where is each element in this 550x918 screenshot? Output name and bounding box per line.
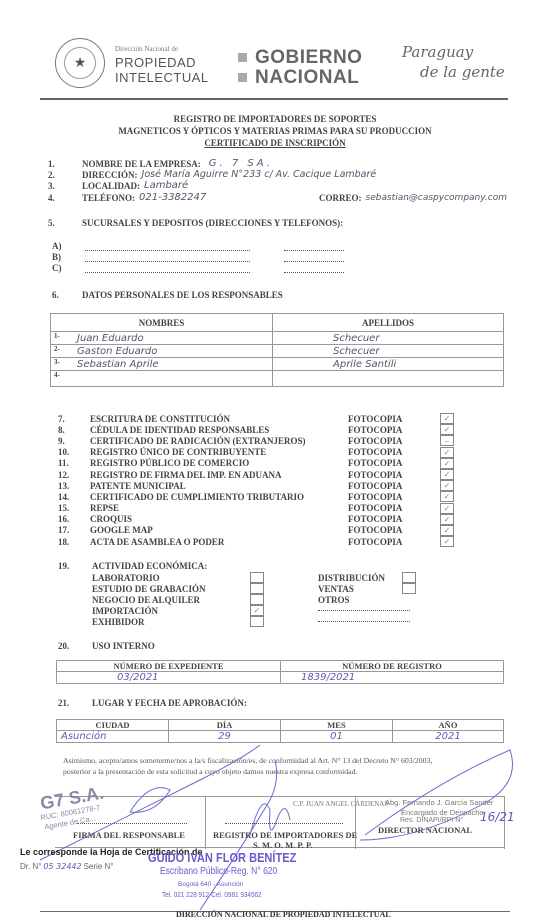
table-row: 1-Juan Eduardo Schecuer [51,332,504,345]
column-header-mes: MES [281,720,393,731]
field-num: 3. [48,181,82,191]
doc-checkbox[interactable]: – [440,435,454,446]
row-index: 1- [54,332,60,340]
apellido-value: Schecuer [333,333,379,344]
activity-checkbox[interactable] [402,572,416,583]
document-row: 13.PATENTE MUNICIPALFOTOCOPIA✓ [58,480,478,491]
doc-num: 13. [58,481,90,491]
doc-num: 9. [58,436,90,446]
row-index: 2- [54,345,60,353]
nombre-value: Juan Eduardo [77,333,144,344]
document-row: 18.ACTA DE ASAMBLEA O PODERFOTOCOPIA✓ [58,536,478,547]
doc-num: 8. [58,425,90,435]
republic-seal-logo: ★ [55,38,105,88]
section-20-header: 20. USO INTERNO [58,641,155,651]
doc-num: 17. [58,525,90,535]
apellido-value: Aprile Santili [333,359,396,370]
activity-checkbox[interactable] [250,583,264,594]
expediente-value: 03/2021 [117,672,159,683]
doc-type: FOTOCOPIA [348,414,440,424]
address-value: José María Aguirre N°233 c/ Av. Cacique … [142,169,377,180]
doc-type: FOTOCOPIA [348,470,440,480]
document-row: 12.REGISTRO DE FIRMA DEL IMP. EN ADUANAF… [58,469,478,480]
doc-label: REPSE [90,503,348,513]
email-value: sebastian@caspycompany.com [366,193,507,203]
doc-label: GOOGLE MAP [90,525,348,535]
apellido-value: Schecuer [333,346,379,357]
section-label: LUGAR Y FECHA DE APROBACIÓN: [92,698,247,708]
doc-num: 15. [58,503,90,513]
doc-label: REGISTRO DE FIRMA DEL IMP. EN ADUANA [90,470,348,480]
doc-num: 14. [58,492,90,502]
org-line1: PROPIEDAD [115,55,209,70]
serial-value: 05 32442 [43,862,81,871]
gov-line2: NACIONAL [255,67,359,88]
gov-line1: GOBIERNO [255,47,362,68]
column-header-anio: AÑO [393,720,504,731]
activity-label: VENTAS [318,584,402,594]
serial-prefix: Dr. N° [20,862,41,871]
activity-option: DISTRIBUCIÓN [318,572,438,583]
branch-phone-line [284,272,344,273]
direccion-small-label: Dirección Nacional de [115,45,178,53]
doc-label: CERTIFICADO DE RADICACIÓN (EXTRANJEROS) [90,436,348,446]
field-label: DIRECCIÓN: [82,170,138,180]
table-row: 3-Sebastian Aprile Aprile Santili [51,358,504,371]
document-row: 10.REGISTRO ÚNICO DE CONTRIBUYENTEFOTOCO… [58,447,478,458]
notary-name: GUIDO IVAN FLOR BENÍTEZ [148,850,296,865]
document-row: 7.ESCRITURA DE CONSTITUCIÓNFOTOCOPIA✓ [58,413,478,424]
company-name-value: G. 7 SA. [209,158,273,169]
column-header-dia: DÍA [169,720,281,731]
notary-address: Bogotá 640 - Asunción [178,881,243,888]
column-header-registro: NÚMERO DE REGISTRO [281,661,504,672]
doc-checkbox[interactable]: ✓ [440,413,454,424]
doc-type: FOTOCOPIA [348,514,440,524]
title-line1: REGISTRO DE IMPORTADORES DE SOPORTES [0,114,550,124]
branch-row: C) [52,262,382,273]
field-label: NOMBRE DE LA EMPRESA: [82,159,201,169]
table-row: 4- [51,371,504,387]
notary-title: Escribano Público-Reg. N° 620 [160,866,277,877]
activity-option: IMPORTACIÓN✓ [92,605,272,616]
doc-type: FOTOCOPIA [348,492,440,502]
document-row: 9.CERTIFICADO DE RADICACIÓN (EXTRANJEROS… [58,435,478,446]
doc-label: CÉDULA DE IDENTIDAD RESPONSABLES [90,425,348,435]
doc-checkbox[interactable]: ✓ [440,503,454,514]
nombre-value: Sebastian Aprile [77,359,159,370]
email-label: CORREO: [319,193,362,203]
field-num: 4. [48,193,82,203]
field-row-company: 1. NOMBRE DE LA EMPRESA: G. 7 SA. [48,158,508,169]
section-num: 6. [52,290,82,300]
field-row-locality: 3. LOCALIDAD: Lambaré [48,180,508,191]
header-divider [40,98,508,100]
doc-type: FOTOCOPIA [348,525,440,535]
doc-label: PATENTE MUNICIPAL [90,481,348,491]
notary-phone: Tel. 021 228 912-Cel. 0981 934562 [162,890,262,899]
activity-option: ESTUDIO DE GRABACIÓN [92,583,272,594]
branch-letter: B) [52,252,85,262]
field-label: TELÉFONO: [82,193,135,203]
column-header-expediente: NÚMERO DE EXPEDIENTE [57,661,281,672]
branch-row: A) [52,240,382,251]
branch-phone-line [284,250,344,251]
doc-type: FOTOCOPIA [348,436,440,446]
certification-serial: Dr. N° 05 32442 Serie N° [20,862,113,871]
branch-row: B) [52,251,382,262]
document-row: 15.REPSEFOTOCOPIA✓ [58,503,478,514]
document-row: 17.GOOGLE MAPFOTOCOPIA✓ [58,525,478,536]
section-6-header: 6. DATOS PERSONALES DE LOS RESPONSABLES [52,290,283,300]
nombre-value: Gaston Eduardo [77,346,157,357]
branch-phone-line [284,261,344,262]
doc-type: FOTOCOPIA [348,458,440,468]
company-fields: 1. NOMBRE DE LA EMPRESA: G. 7 SA. 2. DIR… [48,158,508,203]
activity-option: EXHIBIDOR [92,616,272,627]
phone-value: 021-3382247 [139,192,319,203]
activity-right-list: DISTRIBUCIÓN VENTAS OTROS [318,572,438,627]
activity-left-list: LABORATORIO ESTUDIO DE GRABACIÓN NEGOCIO… [92,572,272,627]
activity-option: NEGOCIO DE ALQUILER [92,594,272,605]
branch-letter: A) [52,241,85,251]
activity-checkbox[interactable] [402,583,416,594]
document-row: 11.REGISTRO PÚBLICO DE COMERCIOFOTOCOPIA… [58,458,478,469]
doc-label: REGISTRO PÚBLICO DE COMERCIO [90,458,348,468]
doc-num: 16. [58,514,90,524]
otros-line[interactable] [318,616,438,627]
doc-num: 18. [58,537,90,547]
doc-type: FOTOCOPIA [348,447,440,457]
locality-value: Lambaré [144,180,188,191]
doc-label: ESCRITURA DE CONSTITUCIÓN [90,414,348,424]
activity-option: OTROS [318,594,438,605]
section-label: ACTIVIDAD ECONÓMICA: [92,561,207,571]
doc-label: CERTIFICADO DE CUMPLIMIENTO TRIBUTARIO [90,492,348,502]
org-line2: INTELECTUAL [115,70,209,85]
field-row-phone: 4. TELÉFONO: 021-3382247 CORREO: sebasti… [48,191,508,203]
branch-letter: C) [52,263,85,273]
branches-list: A) B) C) [52,240,382,273]
activity-checkbox[interactable] [250,594,264,605]
gobierno-nacional-logo: GOBIERNO NACIONAL [238,48,362,88]
doc-num: 11. [58,458,90,468]
document-row: 16.CROQUISFOTOCOPIA✓ [58,514,478,525]
signature-scribbles [0,740,550,918]
org-name: PROPIEDAD INTELECTUAL [115,55,209,85]
activity-checkbox[interactable] [250,572,264,583]
activity-label: LABORATORIO [92,573,250,583]
activity-label: NEGOCIO DE ALQUILER [92,595,250,605]
activity-option: LABORATORIO [92,572,272,583]
serie-label: Serie N° [84,862,114,871]
star-icon: ★ [64,47,96,79]
slogan-line1: Paraguay [402,42,505,62]
doc-checkbox[interactable]: ✓ [440,536,454,547]
branch-address-line [85,261,250,262]
section-num: 5. [48,218,82,228]
activity-label: DISTRIBUCIÓN [318,573,402,583]
activity-label: OTROS [318,595,350,605]
square-icon [238,73,247,82]
activity-label: IMPORTACIÓN [92,606,250,616]
doc-type: FOTOCOPIA [348,425,440,435]
doc-label: ACTA DE ASAMBLEA O PODER [90,537,348,547]
section-5-header: 5. SUCURSALES Y DEPOSITOS (DIRECCIONES Y… [48,218,343,228]
table-row: 2-Gaston Eduardo Schecuer [51,345,504,358]
doc-checkbox[interactable]: ✓ [440,469,454,480]
slogan-line2: de la gente [402,62,505,82]
branch-address-line [85,250,250,251]
certificate-title: CERTIFICADO DE INSCRIPCIÓN [0,138,550,148]
activity-checkbox[interactable]: ✓ [250,605,264,616]
doc-checkbox[interactable]: ✓ [440,525,454,536]
doc-label: REGISTRO ÚNICO DE CONTRIBUYENTE [90,447,348,457]
activity-label: EXHIBIDOR [92,617,250,627]
document-row: 14.CERTIFICADO DE CUMPLIMIENTO TRIBUTARI… [58,491,478,502]
slogan-logo: Paraguay de la gente [402,42,505,82]
field-label: LOCALIDAD: [82,181,140,191]
section-21-header: 21. LUGAR Y FECHA DE APROBACIÓN: [58,698,247,708]
doc-checkbox[interactable]: ✓ [440,491,454,502]
section-num: 19. [58,561,92,571]
section-label: USO INTERNO [92,641,155,651]
section-num: 20. [58,641,92,651]
column-header-ciudad: CIUDAD [57,720,169,731]
doc-checkbox[interactable]: ✓ [440,480,454,491]
doc-checkbox[interactable]: ✓ [440,458,454,469]
section-19: 19. ACTIVIDAD ECONÓMICA: [58,561,207,571]
doc-num: 10. [58,447,90,457]
column-header-apellidos: APELLIDOS [273,314,504,332]
field-row-address: 2. DIRECCIÓN: José María Aguirre N°233 c… [48,169,508,180]
document-row: 8.CÉDULA DE IDENTIDAD RESPONSABLESFOTOCO… [58,424,478,435]
section-num: 21. [58,698,92,708]
field-num: 1. [48,159,82,169]
square-icon [238,53,247,62]
footer-label: DIRECCIÓN NACIONAL DE PROPIEDAD INTELECT… [176,910,391,918]
row-index: 3- [54,358,60,366]
field-num: 2. [48,170,82,180]
section-label: DATOS PERSONALES DE LOS RESPONSABLES [82,290,283,300]
row-index: 4- [54,371,60,379]
section-19-header: 19. ACTIVIDAD ECONÓMICA: [58,561,207,571]
doc-num: 7. [58,414,90,424]
doc-type: FOTOCOPIA [348,503,440,513]
registro-value: 1839/2021 [301,672,355,683]
doc-type: FOTOCOPIA [348,481,440,491]
doc-checkbox[interactable]: ✓ [440,424,454,435]
documents-checklist: 7.ESCRITURA DE CONSTITUCIÓNFOTOCOPIA✓ 8.… [58,413,478,547]
otros-line[interactable] [318,605,438,616]
activity-option: VENTAS [318,583,438,594]
doc-checkbox[interactable]: ✓ [440,447,454,458]
doc-type: FOTOCOPIA [348,537,440,547]
activity-checkbox[interactable] [250,616,264,627]
column-header-nombres: NOMBRES [51,314,273,332]
title-line2: MAGNETICOS Y ÓPTICOS Y MATERIAS PRIMAS P… [0,126,550,136]
activity-label: ESTUDIO DE GRABACIÓN [92,584,250,594]
branch-address-line [85,272,250,273]
doc-checkbox[interactable]: ✓ [440,514,454,525]
responsables-table: NOMBRES APELLIDOS 1-Juan Eduardo Schecue… [50,313,504,387]
doc-num: 12. [58,470,90,480]
uso-interno-table: NÚMERO DE EXPEDIENTE NÚMERO DE REGISTRO … [56,660,504,684]
section-label: SUCURSALES Y DEPOSITOS (DIRECCIONES Y TE… [82,218,343,228]
doc-label: CROQUIS [90,514,348,524]
